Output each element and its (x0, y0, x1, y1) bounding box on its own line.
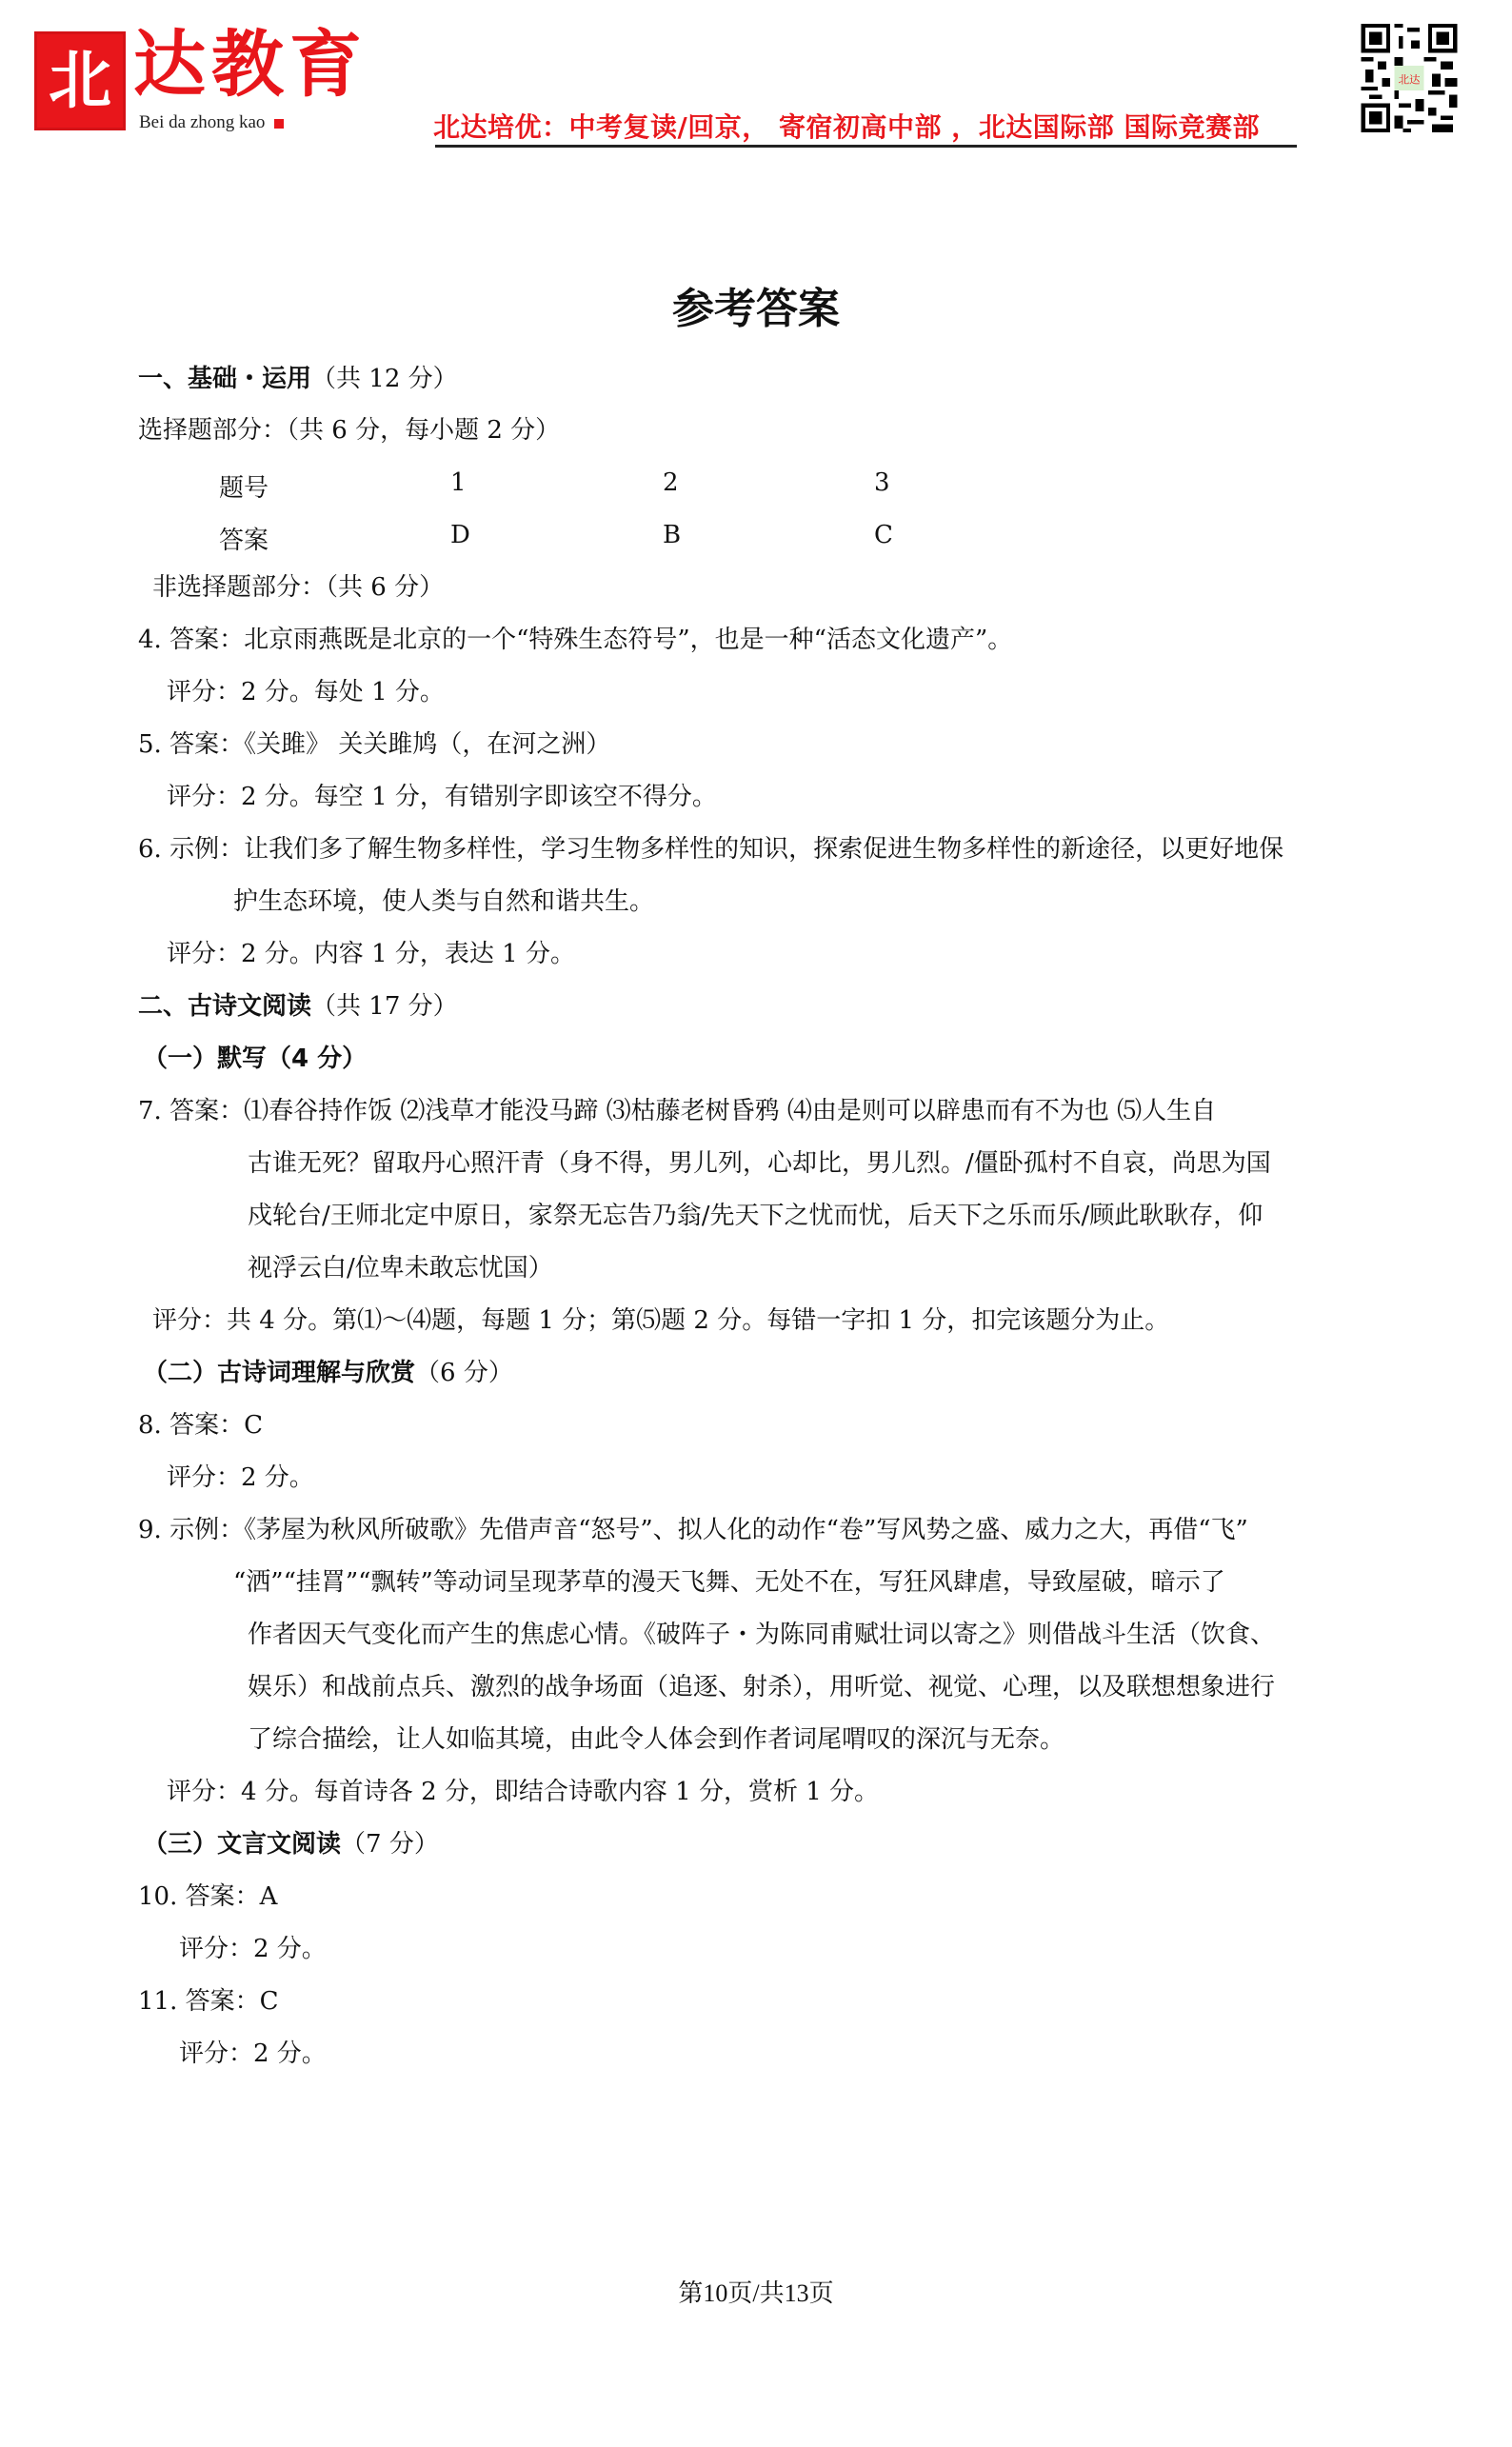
answer-line-continued: “洒”“挂罥”“飘转”等动词呈现茅草的漫天飞舞、无处不在，写狂风肆虐，导致屋破，… (233, 1568, 1225, 1598)
qr-center-label: 北达 (1399, 72, 1421, 86)
subsection-1-score: （4 分） (267, 1044, 367, 1073)
answer-line-continued: 戍轮台/王师北定中原日，家祭无忘告乃翁/先天下之忧而忧，后天下之乐而乐/顾此耿耿… (248, 1202, 1263, 1231)
subsection-heading: （二）古诗词理解与欣赏（6 分） (143, 1359, 513, 1388)
answer-line: 9. 示例：《茅屋为秋风所破歌》先借声音“怒号”、拟人化的动作“卷”写风势之盛、… (138, 1516, 1248, 1545)
score-line: 评分：2 分。 (179, 2039, 327, 2069)
score-line: 评分：2 分。内容 1 分，表达 1 分。 (167, 940, 575, 969)
section-2-heading: 二、古诗文阅读 (138, 992, 311, 1021)
section-heading: 二、古诗文阅读（共 17 分） (138, 992, 458, 1022)
page-title: 参考答案 (0, 274, 1512, 335)
non-mc-intro: 非选择题部分：（共 6 分） (152, 573, 444, 603)
answer-line: 10. 答案：A (138, 1882, 277, 1912)
answer-line: 5. 答案：《关雎》 关关雎鸠（，在河之洲） (138, 730, 610, 760)
logo-mark-char: 北 (49, 50, 111, 112)
logo-subtitle-text: Bei da zhong kao (139, 112, 265, 132)
answer-line: 6. 示例：让我们多了解生物多样性，学习生物多样性的知识，探索促进生物多样性的新… (138, 835, 1283, 865)
table-cell: D (450, 521, 470, 549)
answer-line: 4. 答案：北京雨燕既是北京的一个“特殊生态符号”，也是一种“活态文化遗产”。 (138, 626, 1012, 655)
score-line: 评分：2 分。每处 1 分。 (167, 678, 445, 707)
subsection-heading: （一）默写（4 分） (143, 1044, 367, 1074)
table-cell: B (663, 521, 681, 549)
answer-line-continued: 护生态环境，使人类与自然和谐共生。 (233, 887, 654, 917)
table-cell: 1 (450, 468, 467, 497)
table-cell: 3 (874, 468, 890, 497)
subsection-1-heading: （一）默写 (143, 1044, 267, 1073)
score-line: 评分：4 分。每首诗各 2 分，即结合诗歌内容 1 分，赏析 1 分。 (167, 1778, 879, 1807)
subsection-3-score: （7 分） (341, 1830, 439, 1859)
section-1-score: （共 12 分） (311, 365, 458, 393)
table-row-label: 答案 (219, 521, 269, 556)
red-square-icon (274, 119, 284, 129)
section-1-heading: 一、基础・运用 (138, 365, 311, 393)
answer-line: 7. 答案：⑴春谷持作饭 ⑵浅草才能没马蹄 ⑶枯藤老树昏鸦 ⑷由是则可以辟患而有… (138, 1097, 1216, 1126)
answer-line-continued: 了综合描绘，让人如临其境，由此令人体会到作者词尾喟叹的深沉与无奈。 (248, 1725, 1064, 1755)
answer-line-continued: 视浮云白/位卑未敢忘忧国） (248, 1254, 553, 1283)
subsection-3-heading: （三）文言文阅读 (143, 1830, 341, 1859)
score-line: 评分：2 分。每空 1 分，有错别字即该空不得分。 (167, 783, 717, 812)
score-line: 评分：2 分。 (179, 1935, 327, 1964)
header-divider (435, 145, 1297, 148)
page-indicator: 第10页/共13页 (0, 2274, 1512, 2309)
qr-code-icon: 北达 (1357, 19, 1462, 137)
page-header: 北 达教育 Bei da zhong kao 北达培优：中考复读/回京， 寄宿初… (0, 0, 1512, 162)
mc-intro: 选择题部分：（共 6 分，每小题 2 分） (138, 416, 560, 446)
score-line: 评分：2 分。 (167, 1463, 314, 1493)
answer-line: 11. 答案：C (138, 1987, 279, 2017)
table-cell: C (874, 521, 893, 549)
answer-line: 8. 答案：C (138, 1411, 263, 1441)
section-heading: 一、基础・运用（共 12 分） (138, 365, 458, 394)
logo-subtitle: Bei da zhong kao (139, 112, 284, 133)
section-2-score: （共 17 分） (311, 992, 458, 1021)
answer-line-continued: 作者因天气变化而产生的焦虑心情。《破阵子・为陈同甫赋壮词以寄之》则借战斗生活（饮… (248, 1621, 1275, 1650)
table-row-label: 题号 (219, 468, 269, 504)
logo-mark: 北 (34, 31, 126, 130)
table-cell: 2 (663, 468, 679, 497)
subsection-2-heading: （二）古诗词理解与欣赏 (143, 1359, 415, 1387)
header-slogan: 北达培优：中考复读/回京， 寄宿初高中部 ，北达国际部 国际竞赛部 (433, 107, 1260, 145)
answer-line-continued: 娱乐）和战前点兵、激烈的战争场面（追逐、射杀），用听觉、视觉、心理，以及联想想象… (248, 1673, 1275, 1702)
subsection-heading: （三）文言文阅读（7 分） (143, 1830, 439, 1860)
score-line: 评分：共 4 分。第⑴～⑷题，每题 1 分；第⑸题 2 分。每错一字扣 1 分，… (152, 1306, 1169, 1336)
subsection-2-score: （6 分） (415, 1359, 513, 1387)
answer-line-continued: 古谁无死？留取丹心照汗青（身不得，男儿列，心却比，男儿烈。/僵卧孤村不自哀，尚思… (248, 1149, 1271, 1179)
logo-text: 达教育 (133, 29, 368, 101)
